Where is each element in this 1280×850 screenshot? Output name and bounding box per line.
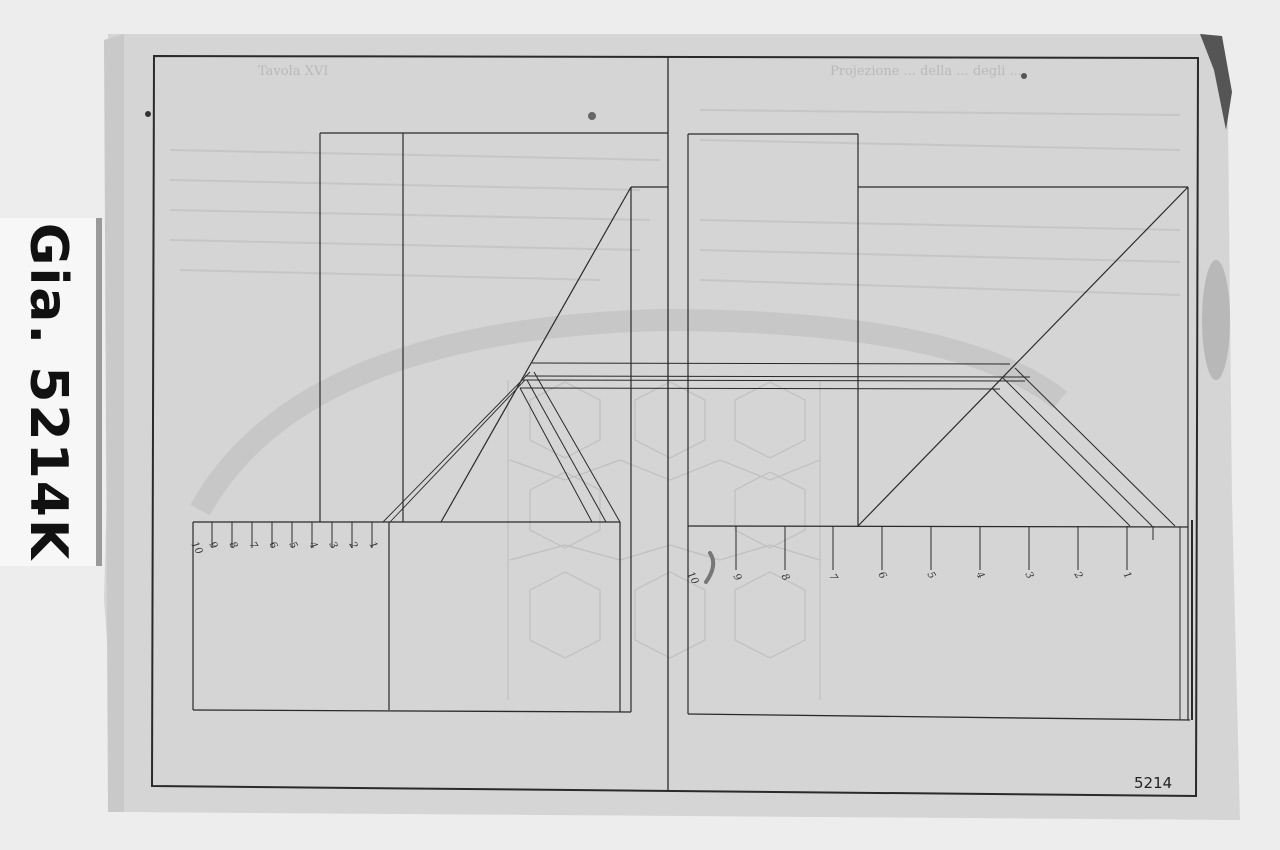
ink-blot <box>588 112 596 120</box>
drawing-stage: Tavola XVI Projezione ... della ... degl… <box>0 0 1280 850</box>
ink-blot <box>145 111 151 117</box>
drawing-sheet <box>0 0 1280 850</box>
faint-heading-right: Projezione ... della ... degli ... <box>830 64 1022 79</box>
faint-heading-left: Tavola XVI <box>258 64 328 79</box>
paper-stain <box>1202 260 1230 380</box>
paper-shadow <box>104 34 124 812</box>
sheet-number: 5214 <box>1134 774 1172 792</box>
inventory-label-card: Gia. 5214K <box>0 218 96 566</box>
inventory-label-text: Gia. 5214K <box>18 223 78 561</box>
